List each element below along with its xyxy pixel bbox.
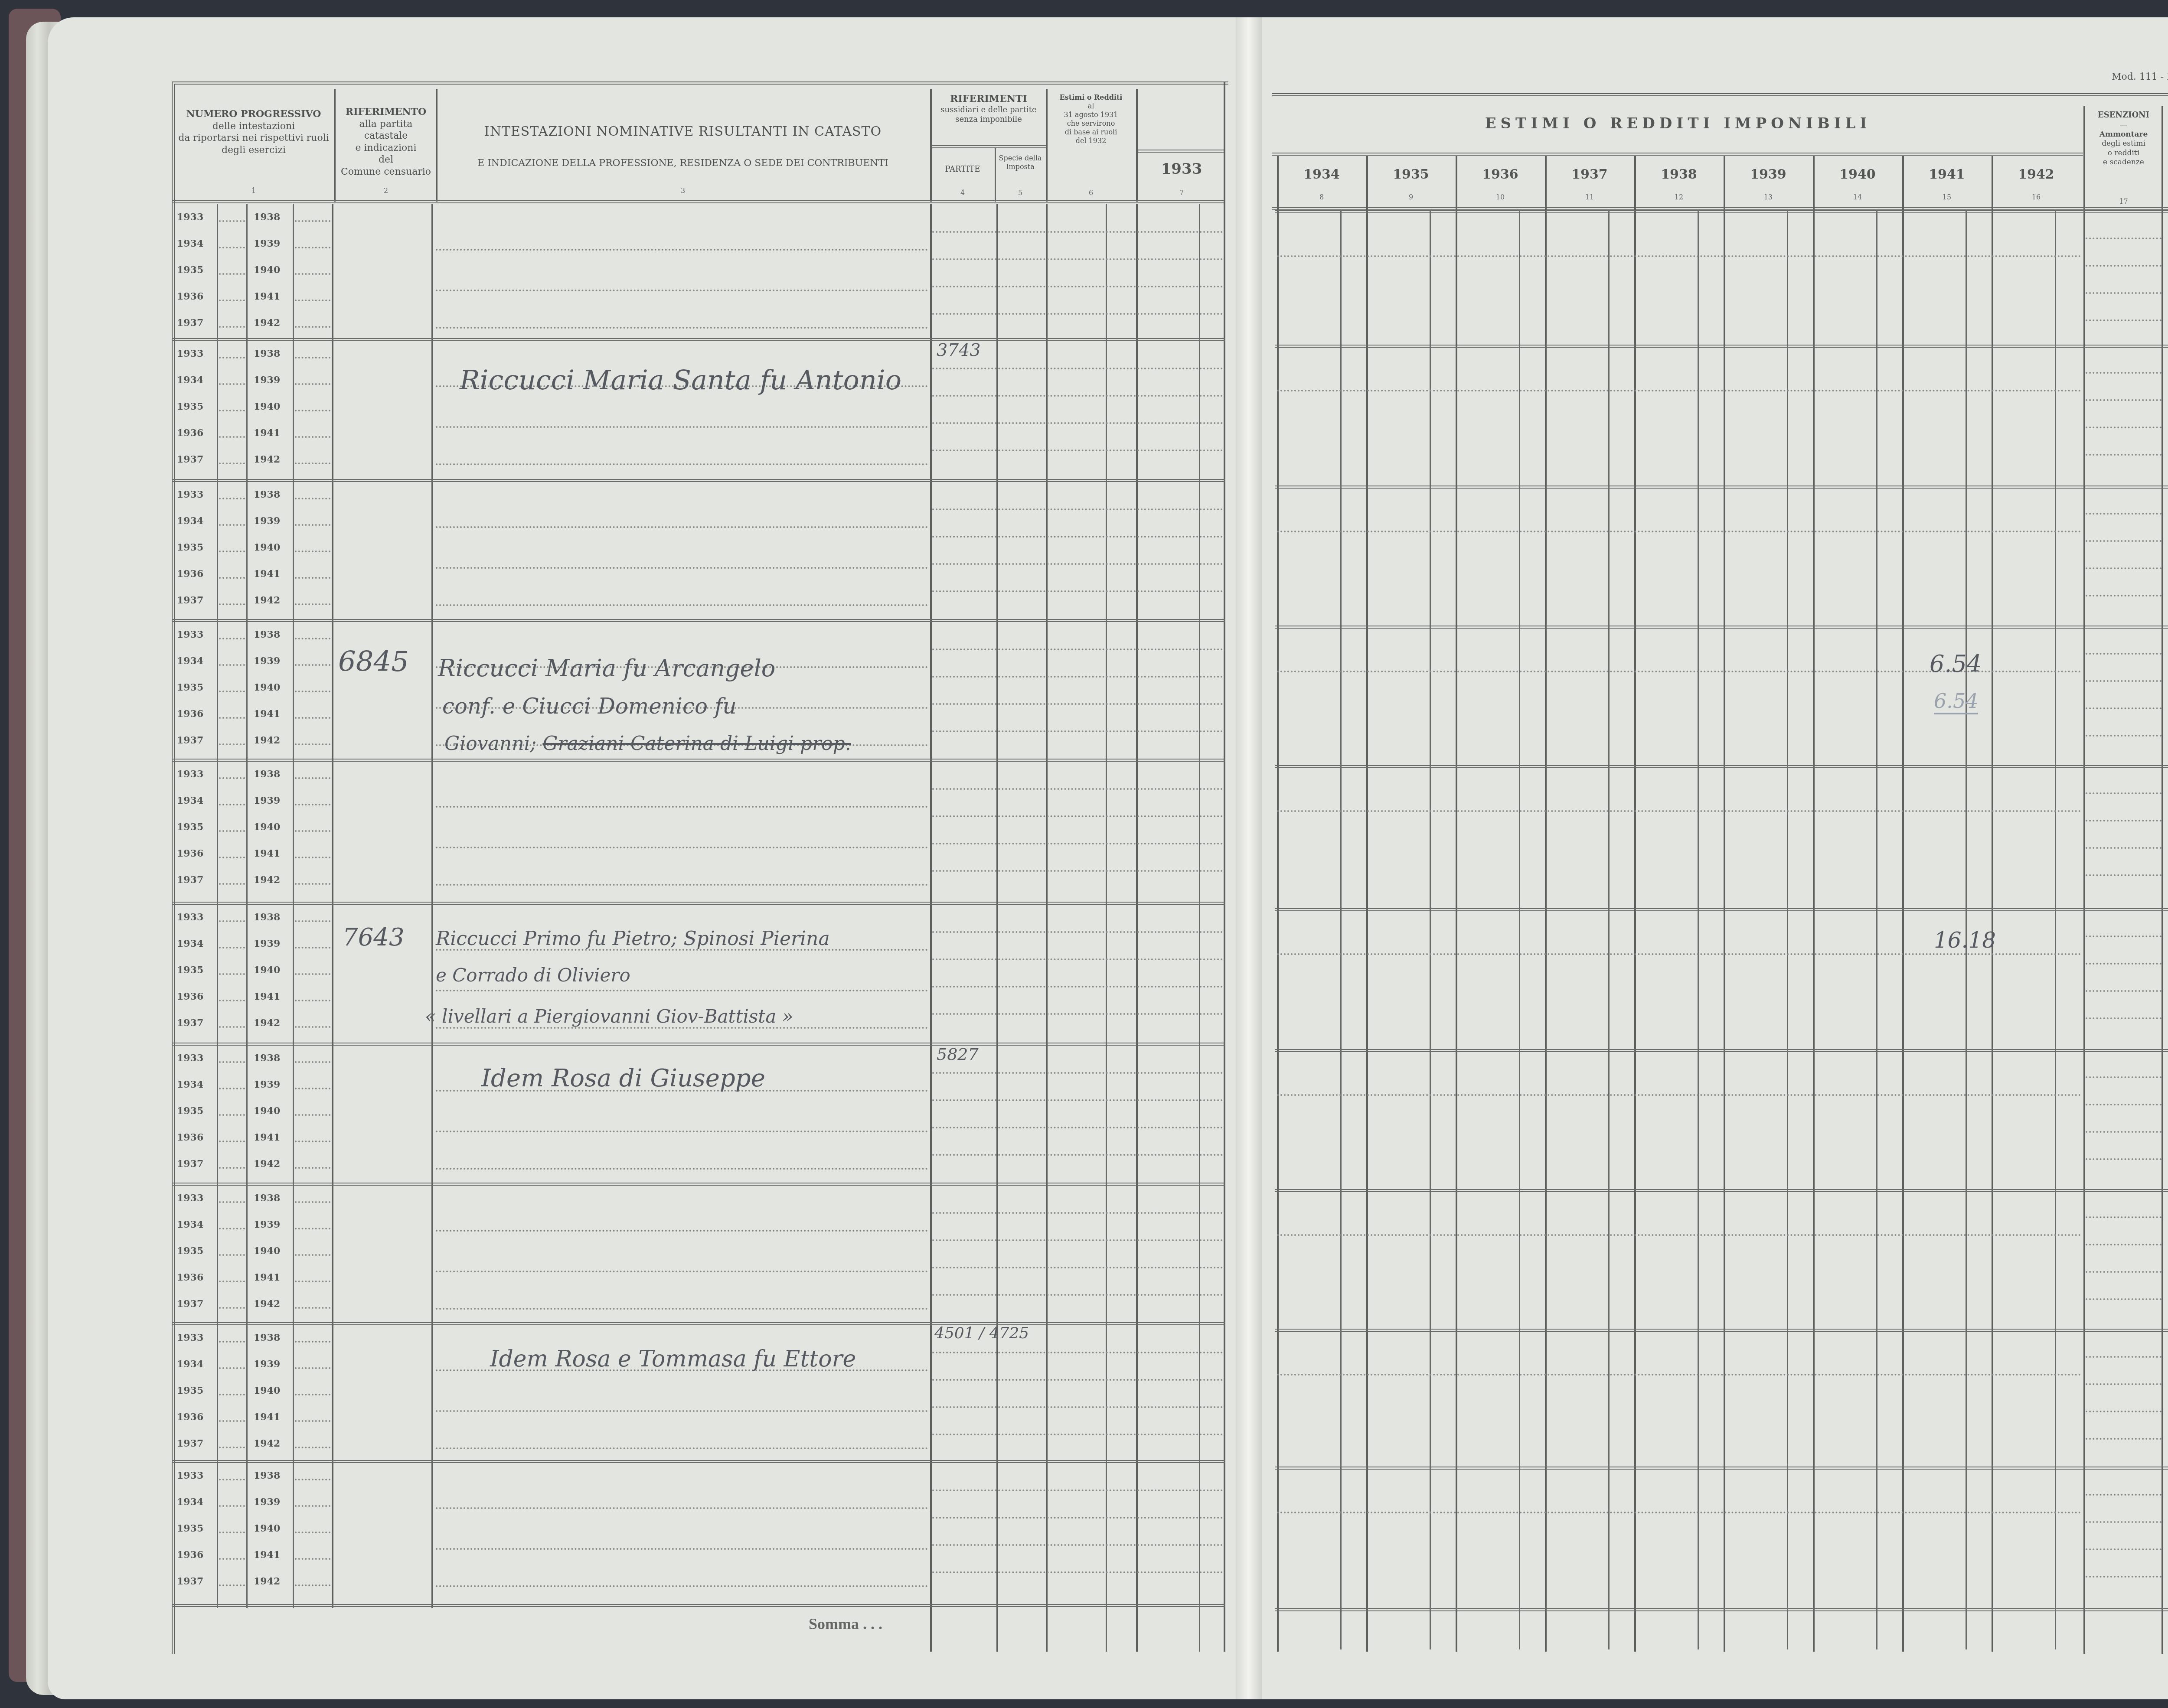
column-divider — [1224, 82, 1225, 1652]
header-divider — [1136, 89, 1138, 202]
dotted-writing-line — [436, 806, 928, 808]
dotted-esenzioni-line — [2086, 1438, 2161, 1440]
dotted-value-line — [932, 1517, 1223, 1519]
year-label: 1939 — [254, 1079, 280, 1090]
dotted-fill-line — [295, 1341, 330, 1343]
year-label: 1934 — [177, 938, 203, 949]
dotted-fill-line — [219, 920, 245, 922]
dotted-esenzioni-line — [2086, 540, 2161, 542]
dotted-fill-line — [219, 1000, 245, 1001]
dotted-value-line — [932, 1544, 1223, 1546]
year-label: 1941 — [254, 1411, 280, 1423]
dotted-esenzioni-line — [2086, 265, 2161, 267]
year-label: 1942 — [254, 874, 280, 886]
dotted-fill-line — [219, 436, 245, 438]
dotted-fill-line — [295, 1061, 330, 1063]
year-label: 1939 — [254, 375, 280, 386]
year-label: 1934 — [177, 1079, 203, 1090]
year-label: 1934 — [177, 375, 203, 386]
column-number-3: 3 — [438, 186, 928, 195]
dotted-fill-line — [219, 1505, 245, 1507]
dotted-value-line — [932, 231, 1223, 233]
year-label: 1933 — [177, 1332, 203, 1343]
dotted-value-line — [932, 676, 1223, 678]
year-label: 1936 — [177, 291, 203, 302]
dotted-fill-line — [295, 357, 330, 359]
dotted-value-line — [932, 843, 1223, 844]
dotted-fill-line — [219, 947, 245, 949]
row-group-divider — [1275, 486, 2168, 489]
estimi-title: ESTIMI O REDDITI IMPONIBILI — [1275, 115, 2081, 132]
row-group-divider — [1275, 1049, 2168, 1052]
year-header-1934: 1934 — [1277, 167, 1366, 182]
column-divider — [2161, 106, 2163, 1654]
dotted-fill-line — [219, 220, 245, 222]
dotted-value-line — [932, 422, 1223, 424]
dotted-fill-line — [295, 1447, 330, 1448]
dotted-fill-line — [219, 383, 245, 385]
year-header-1942: 1942 — [1992, 167, 2081, 182]
dotted-value-line — [932, 730, 1223, 732]
header-partite: PARTITE — [932, 165, 993, 175]
header-riferimenti-sussidiari: RIFERIMENTI sussidiari e delle partite s… — [932, 93, 1045, 125]
year-label: 1936 — [177, 1132, 203, 1143]
dotted-fill-line — [295, 804, 330, 805]
year-label: 1933 — [177, 1193, 203, 1204]
dotted-value-line — [932, 1013, 1223, 1015]
dotted-fill-line — [295, 1114, 330, 1116]
dotted-esenzioni-line — [2086, 792, 2161, 794]
year-label: 1941 — [254, 427, 280, 439]
dotted-esenzioni-line — [2086, 680, 2161, 682]
year-header-1935: 1935 — [1366, 167, 1456, 182]
year-header-1936: 1936 — [1456, 167, 1545, 182]
dotted-fill-line — [295, 577, 330, 579]
column-number: 15 — [1902, 193, 1992, 201]
year-label: 1938 — [254, 1332, 280, 1343]
dotted-fill-line — [295, 691, 330, 692]
dotted-value-line — [1277, 953, 2081, 955]
year-column-divider — [1813, 156, 1815, 1652]
header-annotazioni: ANNOTAZIONI — [2164, 143, 2168, 157]
dotted-esenzioni-line — [2086, 1076, 2161, 1078]
dotted-fill-line — [295, 777, 330, 779]
dotted-fill-line — [295, 551, 330, 552]
header-divider — [334, 89, 336, 202]
dotted-fill-line — [219, 357, 245, 359]
dotted-fill-line — [295, 883, 330, 885]
entry-name-line: « livellari a Piergiovanni Giov-Battista… — [425, 1006, 793, 1027]
dotted-fill-line — [295, 273, 330, 275]
dotted-fill-line — [219, 498, 245, 499]
dotted-fill-line — [295, 1026, 330, 1028]
year-label: 1941 — [254, 1132, 280, 1143]
year-label: 1937 — [177, 454, 203, 465]
year-label: 1935 — [177, 1245, 203, 1257]
header-divider — [436, 89, 438, 202]
dotted-esenzioni-line — [2086, 935, 2161, 937]
entry-partite: 4501 / 4725 — [934, 1324, 1029, 1342]
year-label: 1938 — [254, 1193, 280, 1204]
row-group-divider — [1275, 345, 2168, 348]
dotted-fill-line — [219, 1167, 245, 1169]
year-label: 1937 — [177, 1158, 203, 1170]
row-group-divider — [172, 1183, 1225, 1186]
year-label: 1942 — [254, 1298, 280, 1310]
dotted-fill-line — [219, 1141, 245, 1142]
dotted-value-line — [932, 986, 1223, 988]
year-label: 1939 — [254, 515, 280, 527]
dotted-value-line — [932, 1571, 1223, 1573]
year-label: 1940 — [254, 264, 280, 276]
column-number: 12 — [1634, 193, 1724, 201]
header-divider — [995, 147, 996, 202]
year-label: 1935 — [177, 682, 203, 693]
struck-text: Graziani Caterina di Luigi prop. — [542, 733, 851, 755]
entry-name-line: conf. e Ciucci Domenico fu — [442, 694, 737, 719]
dotted-esenzioni-line — [2086, 1298, 2161, 1300]
year-label: 1939 — [254, 238, 280, 249]
header-bottom-rule — [1272, 207, 2168, 210]
dotted-fill-line — [219, 300, 245, 301]
dotted-fill-line — [219, 1479, 245, 1480]
dotted-fill-line — [295, 1558, 330, 1560]
row-group-divider — [172, 479, 1225, 482]
year-label: 1936 — [177, 568, 203, 580]
year-label: 1940 — [254, 821, 280, 833]
row-group-divider — [172, 338, 1225, 341]
year-label: 1941 — [254, 568, 280, 580]
dotted-value-line — [1277, 810, 2081, 812]
dotted-writing-line — [436, 1548, 928, 1550]
column-number: 11 — [1545, 193, 1634, 201]
year-header-1938: 1938 — [1634, 167, 1724, 182]
year-label: 1939 — [254, 655, 280, 667]
header-estimi-1931: Estimi o Redditi al 31 agosto 1931 che s… — [1048, 93, 1134, 145]
year-label: 1935 — [177, 401, 203, 412]
dotted-esenzioni-line — [2086, 319, 2161, 321]
dotted-writing-line — [436, 463, 928, 465]
year-label: 1938 — [254, 1053, 280, 1064]
header-rule — [1138, 150, 1225, 153]
dotted-fill-line — [219, 273, 245, 275]
dotted-value-line — [932, 258, 1223, 260]
year-label: 1935 — [177, 1385, 203, 1396]
dotted-value-line — [932, 1379, 1223, 1381]
dotted-esenzioni-line — [2086, 1383, 2161, 1385]
entry-name-text: Giovanni; — [444, 733, 542, 755]
header-bottom-rule — [172, 200, 1225, 203]
year-label: 1936 — [177, 427, 203, 439]
year-label: 1933 — [177, 769, 203, 780]
dotted-fill-line — [219, 830, 245, 832]
dotted-value-line — [1277, 531, 2081, 532]
year-label: 1934 — [177, 795, 203, 806]
year-label: 1938 — [254, 489, 280, 500]
year-label: 1938 — [254, 629, 280, 640]
column-number-2: 2 — [336, 186, 436, 195]
header-specie-imposta: Specie della Imposta — [996, 154, 1044, 171]
year-label: 1938 — [254, 912, 280, 923]
dotted-fill-line — [219, 1254, 245, 1256]
entry-name: Idem Rosa di Giuseppe — [481, 1064, 765, 1092]
header-divider — [1046, 89, 1048, 202]
dotted-esenzioni-line — [2086, 990, 2161, 992]
dotted-writing-line — [436, 1131, 928, 1132]
year-label: 1940 — [254, 1105, 280, 1117]
dotted-writing-line — [436, 1507, 928, 1509]
dotted-fill-line — [295, 664, 330, 666]
year-header-1941: 1941 — [1902, 167, 1992, 182]
dotted-fill-line — [295, 1201, 330, 1203]
year-label: 1937 — [177, 1017, 203, 1029]
year-label: 1935 — [177, 1105, 203, 1117]
dotted-value-line — [1277, 390, 2081, 391]
dotted-fill-line — [295, 743, 330, 745]
cents-divider — [1608, 210, 1610, 1649]
entry-name: Idem Rosa e Tommasa fu Ettore — [490, 1346, 856, 1372]
year-label: 1937 — [177, 1576, 203, 1587]
year-label: 1937 — [177, 1298, 203, 1310]
column-number: 8 — [1277, 193, 1366, 201]
dotted-fill-line — [295, 1532, 330, 1533]
dotted-fill-line — [219, 247, 245, 248]
dotted-writing-line — [436, 1027, 928, 1029]
dotted-value-line — [932, 395, 1223, 397]
year-label: 1940 — [254, 965, 280, 976]
dotted-value-line — [932, 870, 1223, 872]
column-number: 13 — [1724, 193, 1813, 201]
year-label: 1933 — [177, 1053, 203, 1064]
dotted-writing-line — [436, 1168, 928, 1170]
row-group-divider — [1275, 765, 2168, 768]
year-label: 1942 — [254, 454, 280, 465]
year-label: 1937 — [177, 874, 203, 886]
year-label: 1937 — [177, 1438, 203, 1449]
column-divider — [332, 204, 333, 1608]
year-label: 1942 — [254, 1158, 280, 1170]
dotted-esenzioni-line — [2086, 567, 2161, 569]
dotted-fill-line — [295, 603, 330, 605]
year-column-divider — [1277, 156, 1279, 1652]
year-label: 1939 — [254, 938, 280, 949]
dotted-fill-line — [219, 717, 245, 719]
dotted-fill-line — [295, 1167, 330, 1169]
year-label: 1936 — [177, 708, 203, 720]
row-group-divider — [1275, 908, 2168, 911]
dotted-fill-line — [295, 1000, 330, 1001]
year-header-1939: 1939 — [1724, 167, 1813, 182]
dotted-value-line — [1277, 1094, 2081, 1096]
year-label: 1935 — [177, 965, 203, 976]
dotted-fill-line — [219, 804, 245, 805]
dotted-value-line — [932, 368, 1223, 369]
column-divider — [293, 204, 294, 1608]
dotted-fill-line — [219, 1307, 245, 1309]
dotted-value-line — [932, 1099, 1223, 1101]
column-number: 16 — [1992, 193, 2081, 201]
cents-divider — [1430, 210, 1431, 1649]
value-1941: 16.18 — [1934, 928, 1996, 953]
year-label: 1937 — [177, 735, 203, 746]
dotted-writing-line — [436, 1271, 928, 1272]
dotted-fill-line — [295, 1479, 330, 1480]
dotted-fill-line — [295, 1505, 330, 1507]
dotted-fill-line — [219, 1584, 245, 1586]
year-label: 1938 — [254, 348, 280, 359]
dotted-fill-line — [295, 1088, 330, 1089]
dotted-value-line — [932, 1212, 1223, 1214]
dotted-value-line — [932, 313, 1223, 315]
cents-divider — [1340, 210, 1342, 1649]
entry-name-line: e Corrado di Oliviero — [436, 965, 630, 986]
dotted-esenzioni-line — [2086, 399, 2161, 401]
dotted-value-line — [932, 1434, 1223, 1435]
dotted-writing-line — [436, 567, 928, 569]
column-number-5: 5 — [996, 189, 1044, 197]
year-label: 1933 — [177, 1470, 203, 1481]
year-label: 1942 — [254, 317, 280, 329]
dotted-fill-line — [295, 524, 330, 526]
row-group-divider — [172, 902, 1225, 905]
dotted-fill-line — [219, 1420, 245, 1422]
dotted-esenzioni-line — [2086, 238, 2161, 239]
cents-divider — [1519, 210, 1520, 1649]
year-label: 1941 — [254, 708, 280, 720]
dotted-fill-line — [219, 1201, 245, 1203]
year-label: 1938 — [254, 1470, 280, 1481]
year-label: 1934 — [177, 1496, 203, 1508]
dotted-value-line — [932, 1267, 1223, 1268]
dotted-fill-line — [295, 1394, 330, 1395]
dotted-fill-line — [295, 830, 330, 832]
cents-divider — [1787, 210, 1788, 1649]
year-label: 1936 — [177, 1411, 203, 1423]
row-group-divider — [1275, 626, 2168, 629]
dotted-fill-line — [295, 1254, 330, 1256]
dotted-writing-line — [436, 290, 928, 291]
dotted-esenzioni-line — [2086, 1131, 2161, 1133]
dotted-fill-line — [295, 638, 330, 639]
dotted-value-line — [932, 1294, 1223, 1296]
dotted-value-line — [932, 450, 1223, 451]
row-group-divider — [1275, 1329, 2168, 1332]
dotted-fill-line — [219, 1532, 245, 1533]
year-label: 1940 — [254, 542, 280, 553]
row-group-divider — [1275, 1608, 2168, 1611]
dotted-value-line — [1277, 255, 2081, 257]
dotted-fill-line — [219, 603, 245, 605]
dotted-fill-line — [219, 638, 245, 639]
year-label: 1941 — [254, 1272, 280, 1283]
dotted-value-line — [932, 536, 1223, 538]
year-label: 1934 — [177, 1219, 203, 1230]
year-label: 1939 — [254, 1359, 280, 1370]
year-column-divider — [1366, 156, 1368, 1652]
row-group-divider — [172, 1460, 1225, 1463]
dotted-fill-line — [219, 1281, 245, 1282]
dotted-fill-line — [219, 883, 245, 885]
dotted-fill-line — [219, 326, 245, 328]
dotted-value-line — [932, 1072, 1223, 1074]
dotted-fill-line — [219, 664, 245, 666]
year-label: 1941 — [254, 291, 280, 302]
dotted-esenzioni-line — [2086, 1494, 2161, 1496]
year-header-1933: 1933 — [1138, 160, 1225, 178]
dotted-esenzioni-line — [2086, 1017, 2161, 1019]
dotted-writing-line — [436, 249, 928, 251]
column-number-1: 1 — [176, 186, 332, 195]
dotted-writing-line — [436, 526, 928, 528]
dotted-writing-line — [436, 327, 928, 329]
dotted-esenzioni-line — [2086, 1104, 2161, 1105]
dotted-esenzioni-line — [2086, 1521, 2161, 1523]
year-column-divider — [1634, 156, 1636, 1652]
column-number-18: 18 — [2164, 197, 2168, 205]
column-number: 10 — [1456, 193, 1545, 201]
dotted-value-line — [932, 649, 1223, 650]
dotted-value-line — [932, 508, 1223, 510]
dotted-fill-line — [219, 1114, 245, 1116]
dotted-value-line — [1277, 1512, 2081, 1513]
dotted-esenzioni-line — [2086, 1271, 2161, 1273]
value-1941: 6.54 — [1930, 650, 1982, 678]
column-divider — [2083, 106, 2085, 1654]
year-label: 1939 — [254, 795, 280, 806]
dotted-fill-line — [219, 1394, 245, 1395]
column-divider — [930, 204, 932, 1652]
dotted-value-line — [932, 931, 1223, 933]
dotted-writing-line — [436, 604, 928, 606]
year-label: 1942 — [254, 1576, 280, 1587]
dotted-esenzioni-line — [2086, 595, 2161, 596]
year-label: 1942 — [254, 1017, 280, 1029]
dotted-writing-line — [436, 1410, 928, 1412]
dotted-writing-line — [436, 884, 928, 886]
dotted-fill-line — [295, 1367, 330, 1369]
column-number: 9 — [1366, 193, 1456, 201]
dotted-value-line — [932, 1239, 1223, 1241]
dotted-writing-line — [436, 1308, 928, 1310]
dotted-value-line — [1277, 1374, 2081, 1376]
dotted-esenzioni-line — [2086, 735, 2161, 737]
dotted-fill-line — [295, 300, 330, 301]
dotted-esenzioni-line — [2086, 1244, 2161, 1245]
dotted-value-line — [932, 703, 1223, 705]
entry-partite: 5827 — [937, 1045, 979, 1064]
column-divider — [246, 204, 248, 1608]
dotted-esenzioni-line — [2086, 372, 2161, 374]
dotted-fill-line — [219, 1367, 245, 1369]
row-group-divider — [1275, 1467, 2168, 1470]
entry-name-line: Riccucci Maria fu Arcangelo — [438, 655, 775, 682]
dotted-esenzioni-line — [2086, 874, 2161, 876]
dotted-fill-line — [219, 1341, 245, 1343]
year-header-1940: 1940 — [1813, 167, 1902, 182]
dotted-fill-line — [219, 973, 245, 975]
year-label: 1942 — [254, 595, 280, 606]
year-label: 1936 — [177, 1549, 203, 1561]
dotted-fill-line — [295, 1420, 330, 1422]
header-esenzioni: ESENZIONI — Ammontare degli estimi o red… — [2086, 111, 2161, 167]
year-label: 1939 — [254, 1496, 280, 1508]
year-label: 1938 — [254, 769, 280, 780]
dotted-fill-line — [219, 691, 245, 692]
dotted-esenzioni-line — [2086, 454, 2161, 456]
cents-divider — [2055, 210, 2056, 1649]
column-number-7: 7 — [1138, 189, 1225, 197]
dotted-fill-line — [219, 1447, 245, 1448]
